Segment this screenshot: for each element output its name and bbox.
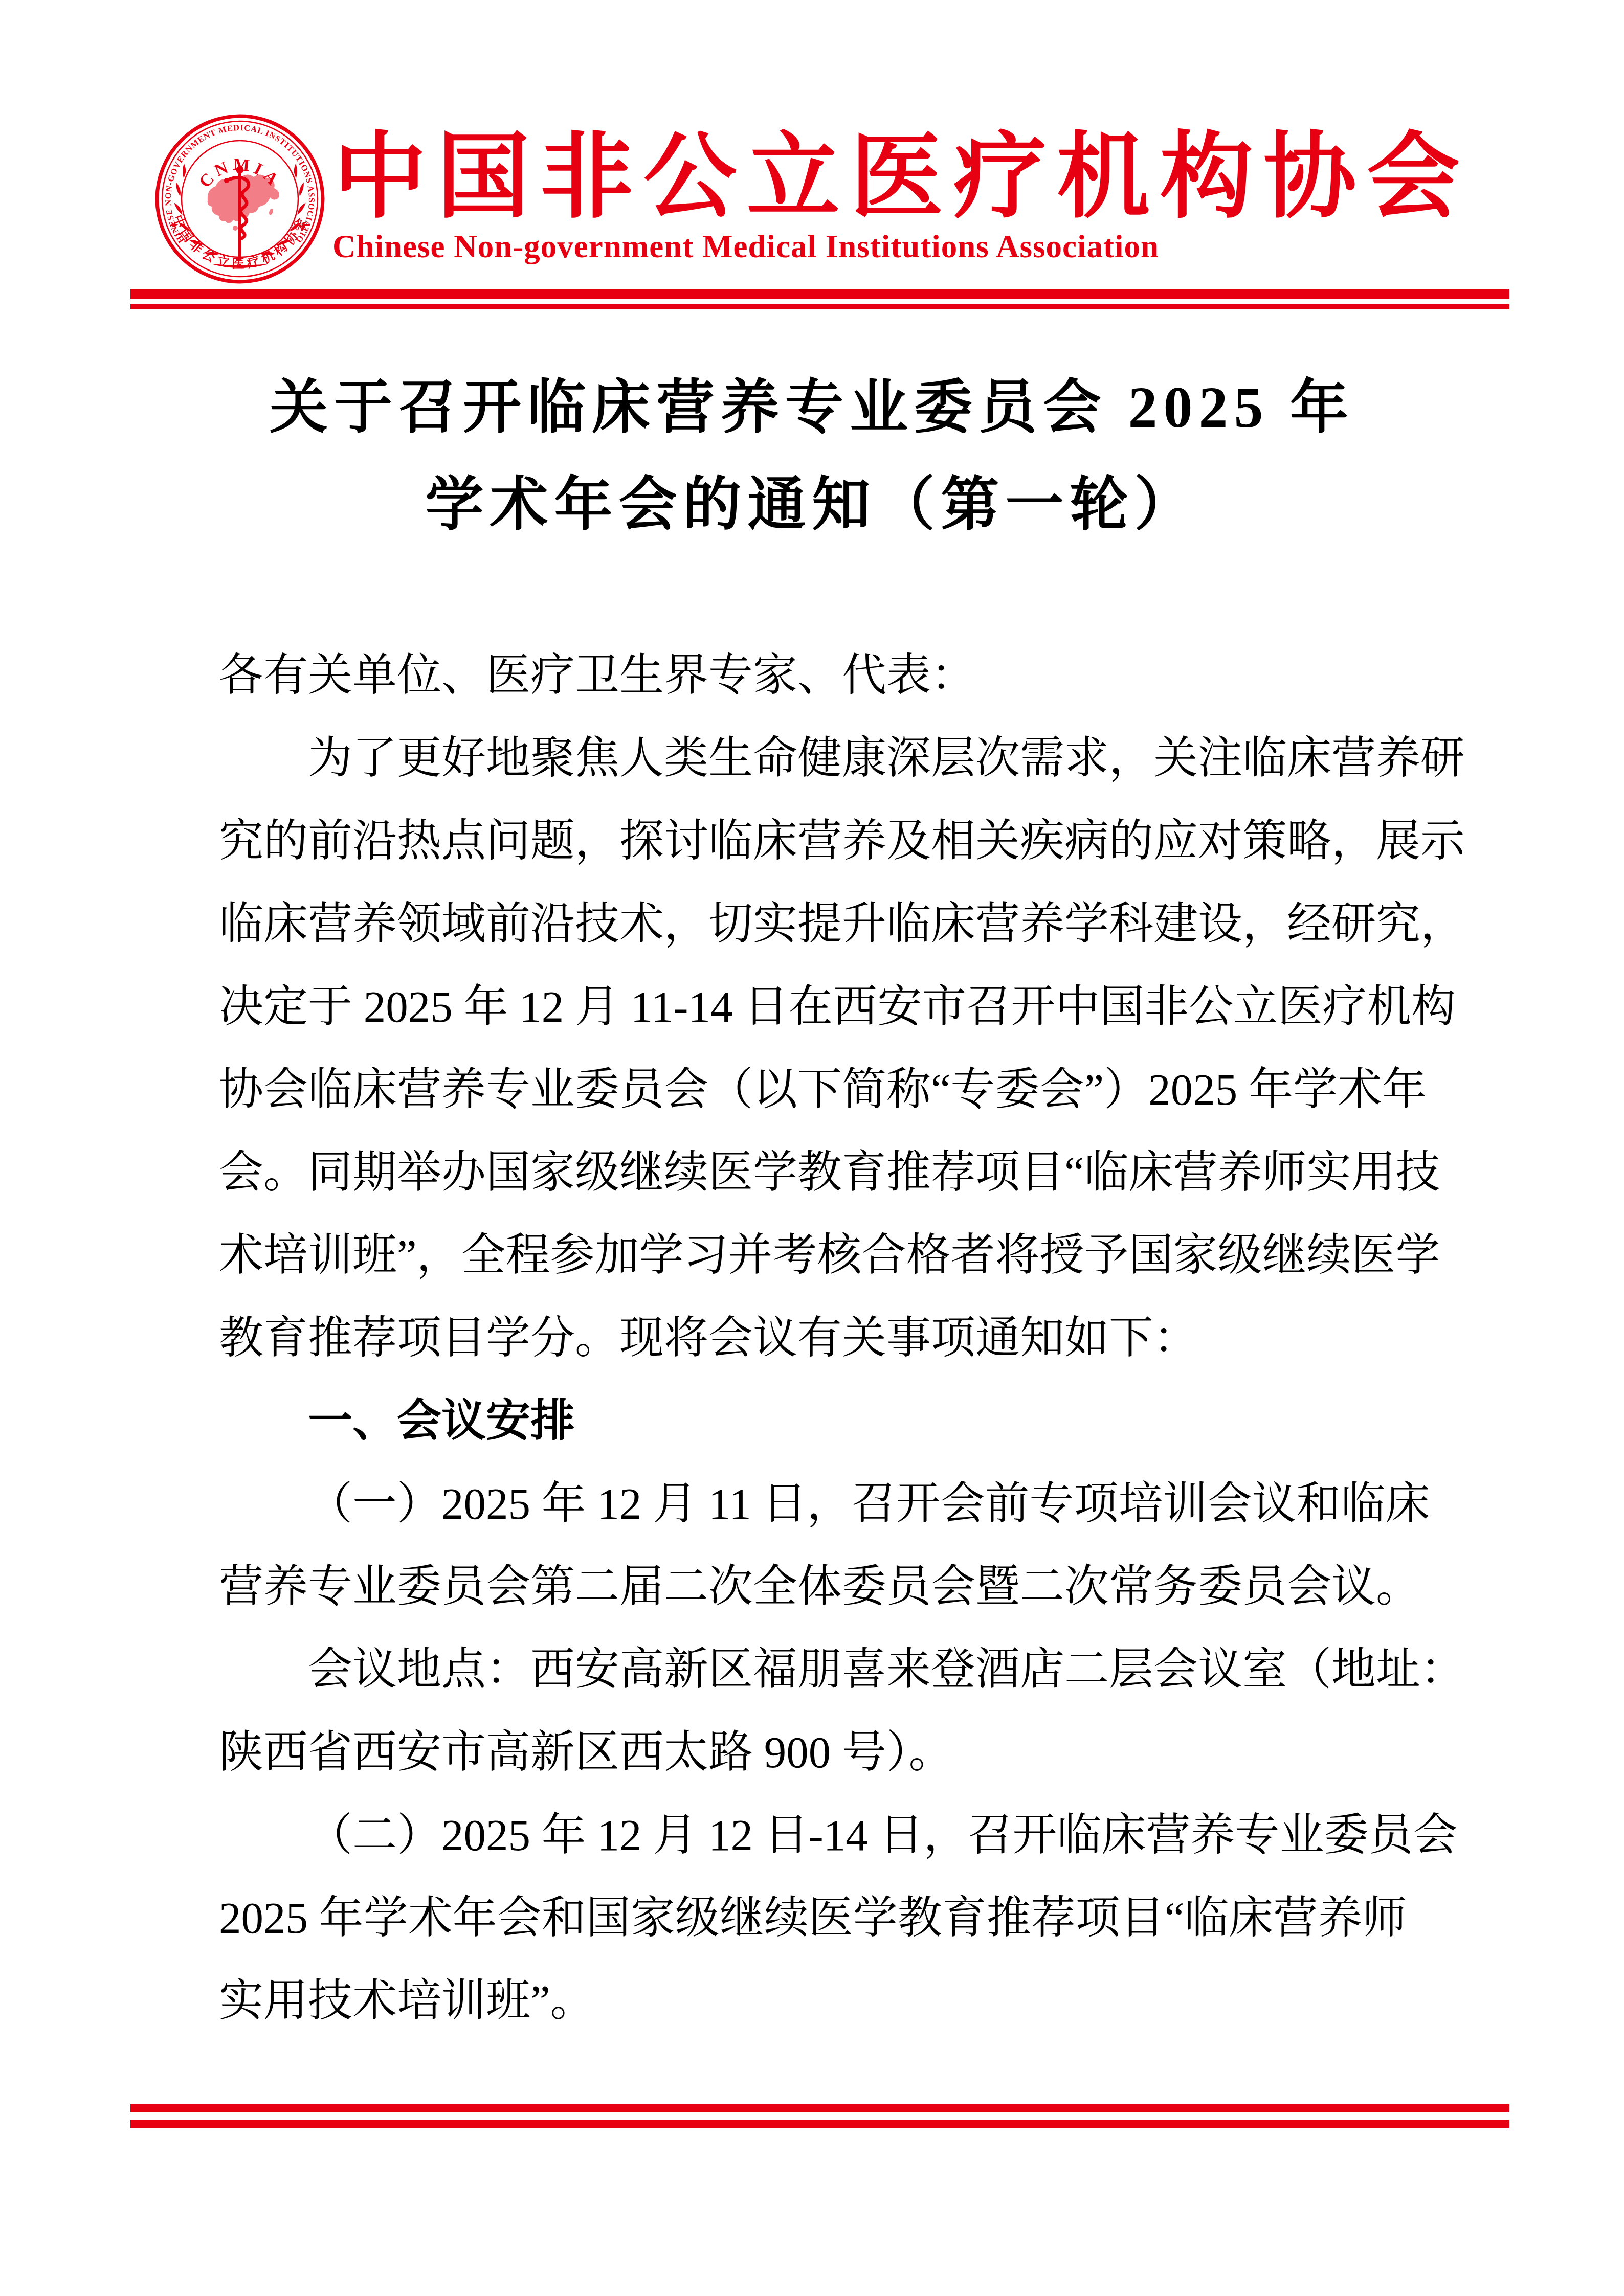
document-title-line1: 关于召开临床营养专业委员会 2025 年 bbox=[0, 359, 1624, 456]
body-line: 教育推荐项目学分。现将会议有关事项通知如下： bbox=[219, 1297, 1436, 1380]
document-body: 各有关单位、医疗卫生界专家、代表：为了更好地聚焦人类生命健康深层次需求，关注临床… bbox=[219, 634, 1436, 2042]
body-line: 陕西省西安市高新区西太路 900 号）。 bbox=[219, 1711, 1436, 1794]
body-line: （一）2025 年 12 月 11 日，召开会前专项培训会议和临床 bbox=[219, 1462, 1436, 1545]
body-line: 协会临床营养专业委员会（以下简称“专委会”）2025 年学术年 bbox=[219, 1048, 1436, 1131]
header-rule-thick bbox=[130, 289, 1509, 299]
footer-rule-bottom bbox=[130, 2120, 1509, 2128]
footer-rule-top bbox=[130, 2104, 1509, 2112]
document-page: CHINESE NON-GOVERNMENT MEDICAL INSTITUTI… bbox=[0, 0, 1624, 2296]
body-line: 会议地点：西安高新区福朋喜来登酒店二层会议室（地址： bbox=[219, 1628, 1436, 1711]
body-line: 决定于 2025 年 12 月 11-14 日在西安市召开中国非公立医疗机构 bbox=[219, 965, 1436, 1048]
body-line: 会。同期举办国家级继续医学教育推荐项目“临床营养师实用技 bbox=[219, 1131, 1436, 1214]
section-heading: 一、会议安排 bbox=[219, 1380, 1436, 1462]
body-line: 究的前沿热点问题，探讨临床营养及相关疾病的应对策略，展示 bbox=[219, 800, 1436, 883]
body-line: 术培训班”，全程参加学习并考核合格者将授予国家级继续医学 bbox=[219, 1214, 1436, 1297]
association-seal-logo: CHINESE NON-GOVERNMENT MEDICAL INSTITUTI… bbox=[153, 112, 326, 285]
body-line: 各有关单位、医疗卫生界专家、代表： bbox=[219, 634, 1436, 717]
header-rule-thin bbox=[130, 304, 1509, 309]
body-line: 临床营养领域前沿技术，切实提升临床营养学科建设，经研究， bbox=[219, 883, 1436, 965]
china-map-icon bbox=[208, 174, 279, 231]
body-line: 2025 年学术年会和国家级继续医学教育推荐项目“临床营养师 bbox=[219, 1877, 1436, 1960]
body-line: 为了更好地聚焦人类生命健康深层次需求，关注临床营养研 bbox=[219, 717, 1436, 800]
org-name-chinese: 中国非公立医疗机构协会 bbox=[333, 129, 1489, 227]
body-line: 营养专业委员会第二届二次全体委员会暨二次常务委员会议。 bbox=[219, 1545, 1436, 1628]
body-line: （二）2025 年 12 月 12 日-14 日，召开临床营养专业委员会 bbox=[219, 1794, 1436, 1877]
document-title-line2: 学术年会的通知（第一轮） bbox=[0, 456, 1624, 553]
document-title: 关于召开临床营养专业委员会 2025 年 学术年会的通知（第一轮） bbox=[0, 359, 1624, 553]
org-name-english: Chinese Non-government Medical Instituti… bbox=[332, 228, 1488, 265]
body-line: 实用技术培训班”。 bbox=[219, 1960, 1436, 2042]
